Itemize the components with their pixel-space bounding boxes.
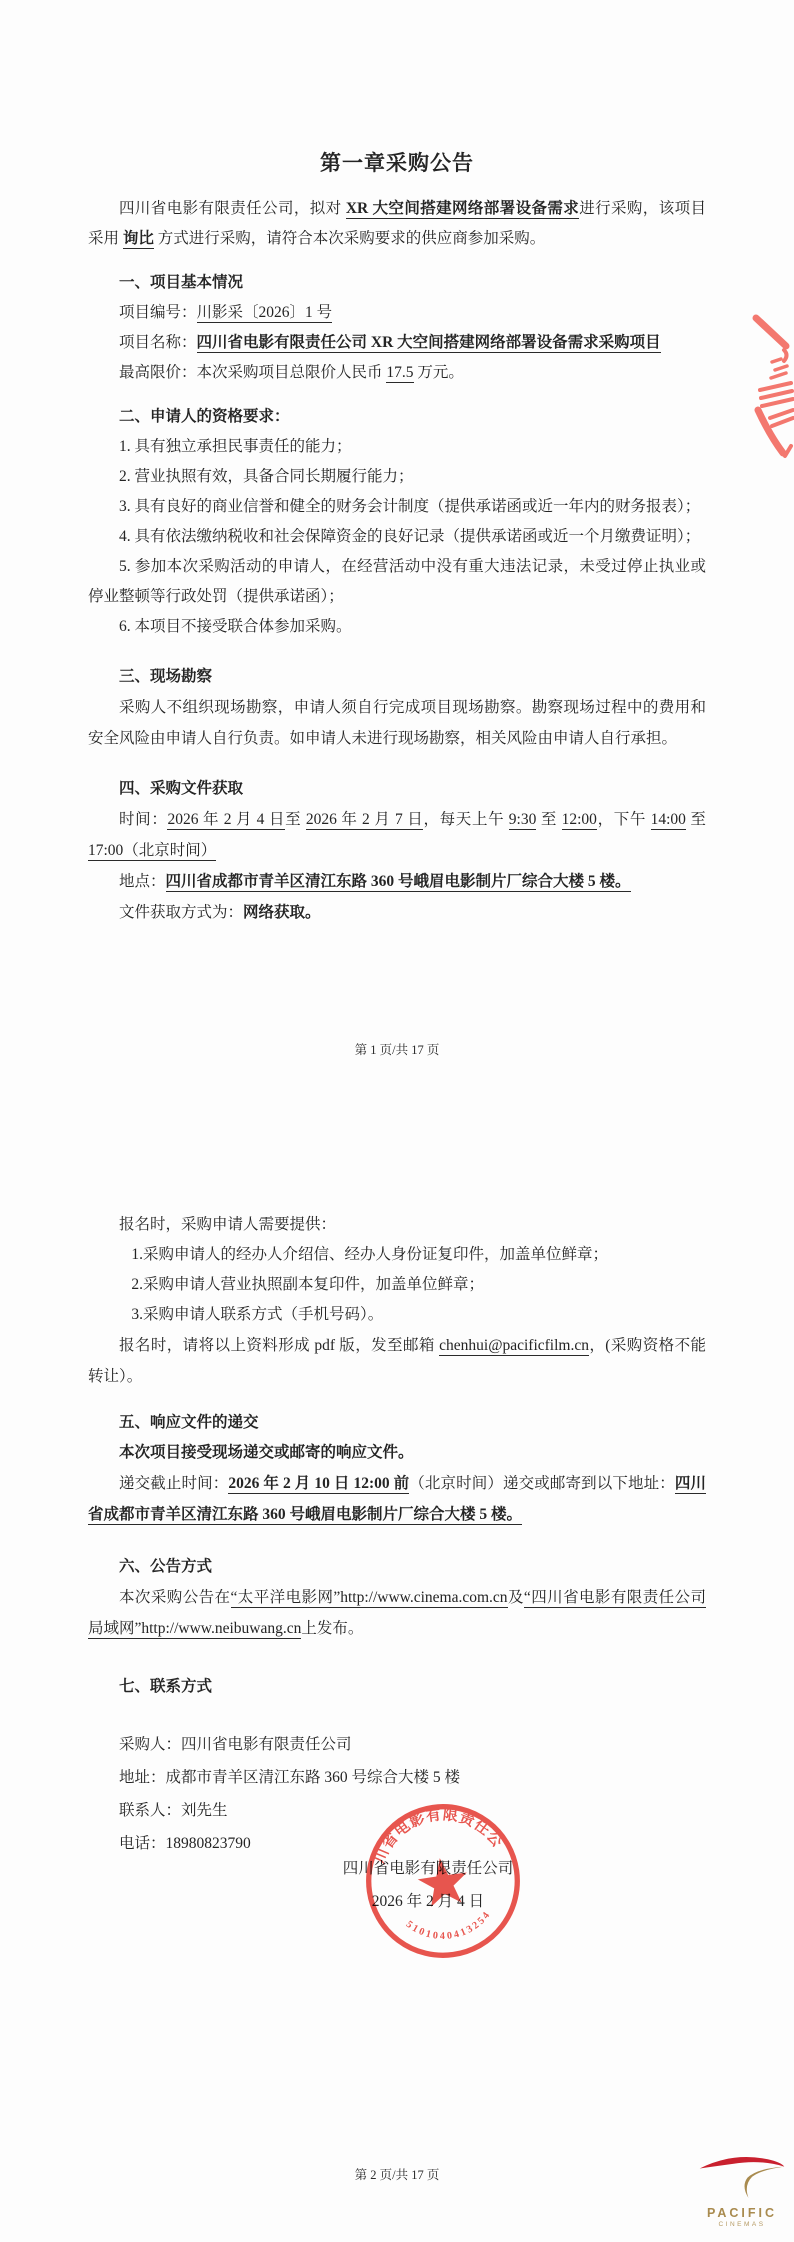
site-survey-paragraph: 采购人不组织现场勘察，申请人须自行完成项目现场勘察。勘察现场过程中的费用和安全风… (88, 692, 706, 754)
section-7-heading: 七、联系方式 (88, 1672, 706, 1702)
obtain-time-line: 时间：2026 年 2 月 4 日至 2026 年 2 月 7 日，每天上午 9… (88, 804, 706, 866)
email-submit-line: 报名时，请将以上资料形成 pdf 版，发至邮箱 chenhui@pacificf… (88, 1330, 706, 1392)
seal-star-icon (415, 1855, 471, 1909)
announcement-sites-line: 本次采购公告在“太平洋电影网”http://www.cinema.com.cn及… (88, 1582, 706, 1644)
contact-address-line: 地址：成都市青羊区清江东路 360 号综合大楼 5 楼 (88, 1761, 706, 1794)
intro-paragraph: 四川省电影有限责任公司，拟对 XR 大空间搭建网络部署设备需求进行采购，该项目采… (88, 194, 706, 254)
qualification-item-4: 4. 具有依法缴纳税收和社会保障资金的良好记录（提供承诺函或近一个月缴费证明）； (88, 522, 706, 552)
qualification-item-5: 5. 参加本次采购活动的申请人，在经营活动中没有重大违法记录，未受过停止执业或停… (88, 552, 706, 612)
company-seal-graphic: 四川省电影有限责任公司 5101040413254 (350, 1785, 536, 1976)
signup-item-2: 2.采购申请人营业执照副本复印件，加盖单位鲜章； (88, 1270, 706, 1300)
scanned-document: 第一章采购公告 四川省电影有限责任公司，拟对 XR 大空间搭建网络部署设备需求进… (0, 0, 794, 2242)
project-name-line: 项目名称：四川省电影有限责任公司 XR 大空间搭建网络部署设备需求采购项目 (88, 328, 706, 358)
page-2: 报名时，采购申请人需要提供： 1.采购申请人的经办人介绍信、经办人身份证复印件，… (0, 1150, 794, 2242)
page-1-footer: 第 1 页/共 17 页 (0, 1042, 794, 1058)
signup-item-1: 1.采购申请人的经办人介绍信、经办人身份证复印件，加盖单位鲜章； (88, 1240, 706, 1270)
company-seal: 四川省电影有限责任公司 5101040413254 (350, 1785, 536, 1976)
obtain-place-line: 地点：四川省成都市青羊区清江东路 360 号峨眉电影制片厂综合大楼 5 楼。 (88, 866, 706, 897)
obtain-method-line: 文件获取方式为：网络获取。 (88, 897, 706, 928)
qualification-item-2: 2. 营业执照有效，具备合同长期履行能力； (88, 462, 706, 492)
deadline-line: 递交截止时间：2026 年 2 月 10 日 12:00 前（北京时间）递交或邮… (88, 1468, 706, 1530)
section-2-heading: 二、申请人的资格要求： (88, 402, 706, 432)
signup-item-3: 3.采购申请人联系方式（手机号码）。 (88, 1300, 706, 1330)
logo-wordmark: PACIFIC (690, 2206, 794, 2220)
qualification-item-6: 6. 本项目不接受联合体参加采购。 (88, 612, 706, 642)
page-title: 第一章采购公告 (88, 150, 706, 176)
page-1: 第一章采购公告 四川省电影有限责任公司，拟对 XR 大空间搭建网络部署设备需求进… (0, 0, 794, 1100)
contact-buyer-line: 采购人：四川省电影有限责任公司 (88, 1728, 706, 1761)
section-5-heading: 五、响应文件的递交 (88, 1408, 706, 1438)
section-1-heading: 一、项目基本情况 (88, 268, 706, 298)
page-2-footer: 第 2 页/共 17 页 (0, 2167, 794, 2183)
qualification-item-3: 3. 具有良好的商业信誉和健全的财务会计制度（提供承诺函或近一年内的财务报表）； (88, 492, 706, 522)
logo-subtitle: CINEMAS (690, 2221, 794, 2228)
signup-intro-line: 报名时，采购申请人需要提供： (88, 1210, 706, 1240)
accept-method-line: 本次项目接受现场递交或邮寄的响应文件。 (88, 1438, 706, 1468)
pacific-cinemas-logo: PACIFIC CINEMAS (690, 2148, 794, 2228)
section-6-heading: 六、公告方式 (88, 1552, 706, 1582)
project-code-line: 项目编号：川影采〔2026〕1 号 (88, 298, 706, 328)
section-3-heading: 三、现场勘察 (88, 662, 706, 692)
partial-stamp-strokes (748, 312, 794, 462)
section-4-heading: 四、采购文件获取 (88, 774, 706, 804)
pacific-swoosh-icon (696, 2148, 788, 2200)
price-limit-line: 最高限价：本次采购项目总限价人民币 17.5 万元。 (88, 358, 706, 388)
qualification-item-1: 1. 具有独立承担民事责任的能力； (88, 432, 706, 462)
partial-stamp-fragment (748, 312, 794, 462)
